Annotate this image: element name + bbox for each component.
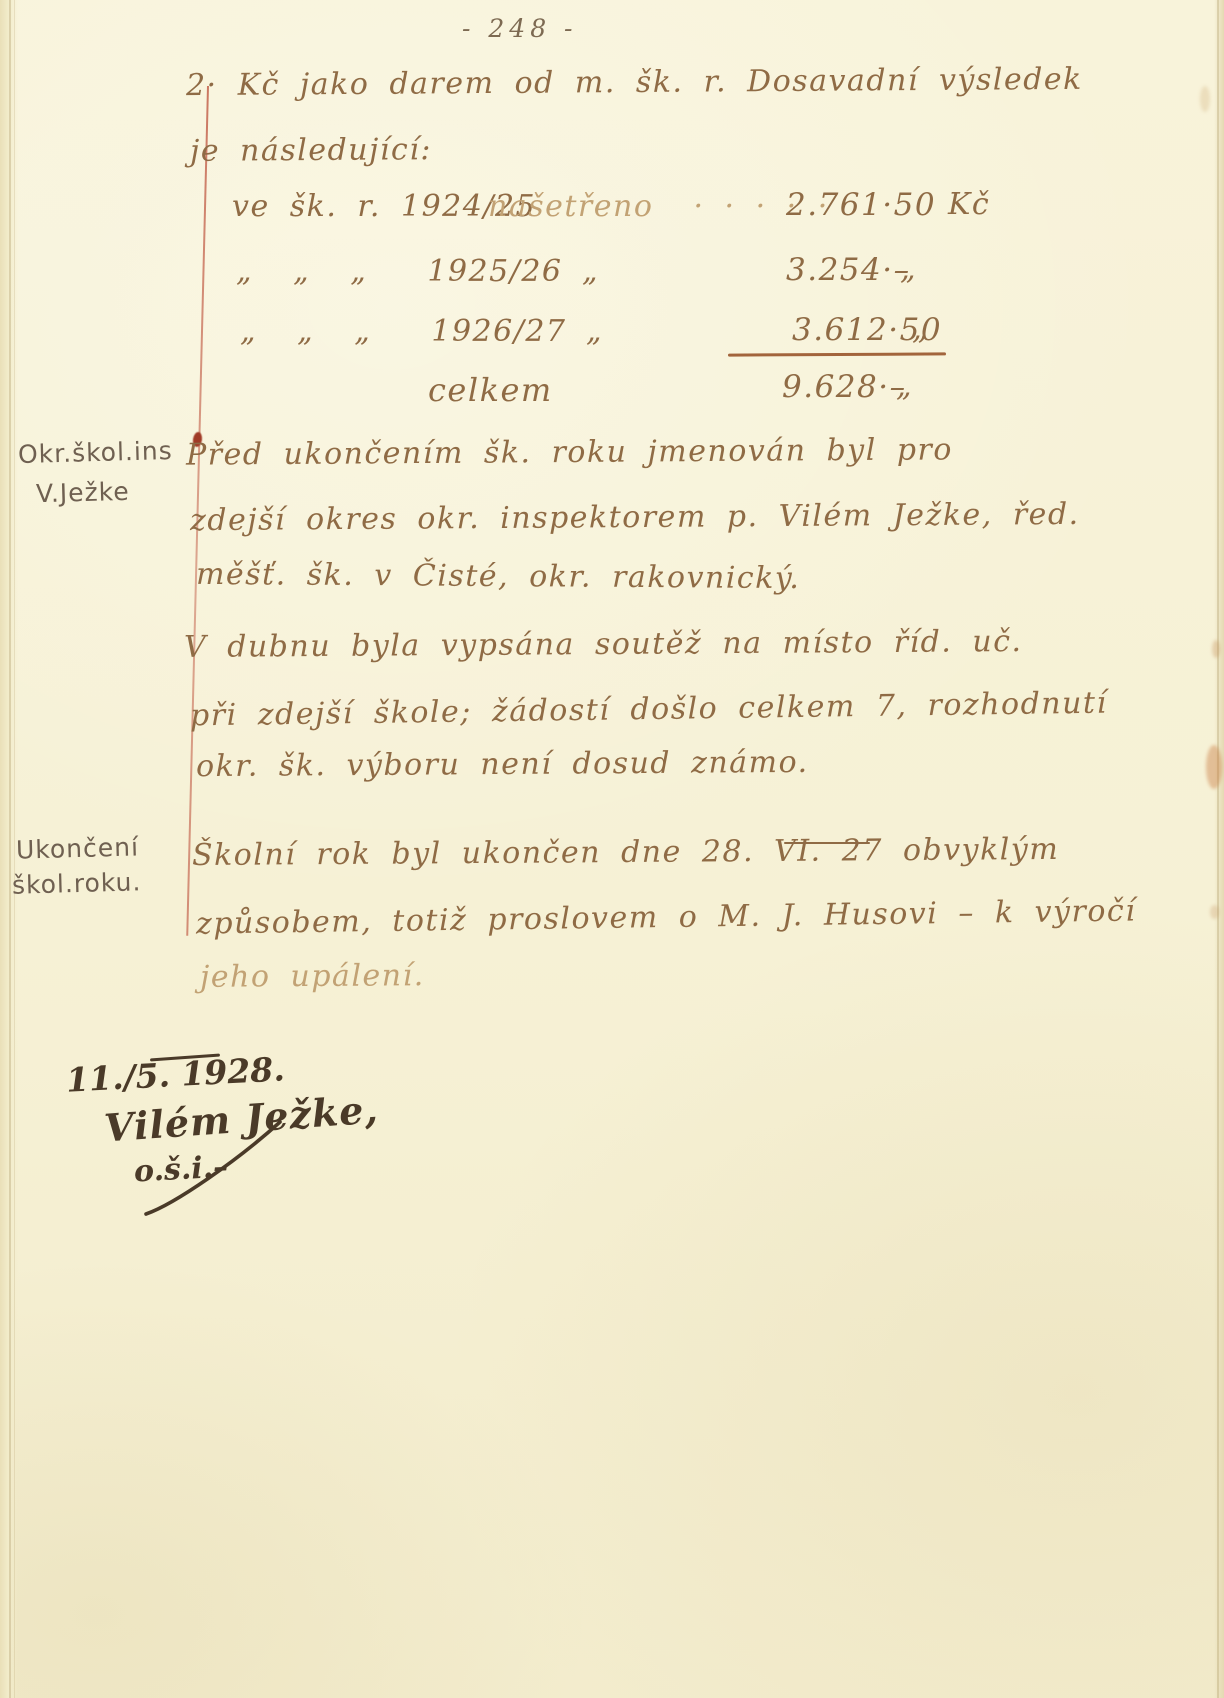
savings-row-value: 3.254·–: [786, 255, 911, 286]
edge-stain: [1200, 86, 1210, 112]
savings-row-label: „ „ „ 1926/27: [240, 317, 567, 347]
scanned-chronicle-page: - 248 - 2· Kč jako darem od m. šk. r. Do…: [0, 0, 1224, 1698]
page-number: - 248 -: [462, 14, 578, 43]
savings-row-note: „: [586, 317, 603, 347]
paragraph-line: V dubnu byla vypsána soutěž na místo říd…: [184, 627, 1023, 663]
paragraph-line: jeho upálení.: [200, 961, 425, 993]
savings-total-unit: „: [896, 372, 913, 402]
paragraph-line: Školní rok byl ukončen dne 28. VI. 27 ob…: [192, 835, 1059, 871]
edge-stain: [1212, 640, 1220, 658]
savings-total-label: celkem: [428, 374, 553, 406]
paragraph-line: při zdejší škole; žádostí došlo celkem 7…: [190, 689, 1108, 732]
savings-row-note: našetřeno · · · · ·: [488, 192, 829, 222]
signature-date: 11./5. 1928.: [65, 1052, 285, 1096]
savings-row-unit: „: [912, 315, 929, 345]
savings-row-label: „ „ „ 1925/26: [236, 257, 563, 287]
savings-total-value: 9.628·–: [782, 372, 907, 403]
paragraph-line: zdejší okres okr. inspektorem p. Vilém J…: [190, 500, 1080, 536]
edge-stain: [1210, 905, 1219, 919]
intro-line-2: je následující:: [190, 135, 432, 167]
edge-stain: [1206, 745, 1222, 789]
signature-flourish: [130, 1116, 300, 1226]
savings-row-note: „: [582, 257, 599, 287]
left-binding-crease: [14, 0, 15, 1698]
right-page-edge: [1214, 0, 1224, 1698]
savings-row-unit: Kč: [948, 190, 990, 220]
margin-note-line: V.Ježke: [36, 479, 130, 506]
left-binding-crease: [9, 0, 11, 1698]
margin-note-line: škol.roku.: [12, 869, 142, 897]
savings-row-unit: „: [900, 255, 917, 285]
savings-row-value: 2.761·50: [786, 190, 936, 221]
right-page-edge-line: [1217, 0, 1219, 1698]
margin-note-line: Okr.škol.ins: [18, 438, 173, 467]
intro-line-1: 2· Kč jako darem od m. šk. r. Dosavadní …: [186, 65, 1083, 101]
sum-underline: [728, 352, 946, 356]
margin-note-line: Ukončení: [16, 834, 140, 862]
overline-mark: [784, 842, 870, 844]
paragraph-line: okr. šk. výboru není dosud známo.: [196, 748, 809, 782]
paragraph-line: Před ukončením šk. roku jmenován byl pro: [186, 435, 953, 470]
paragraph-line: měšť. šk. v Čisté, okr. rakovnický.: [196, 560, 801, 594]
paragraph-line: způsobem, totiž proslovem o M. J. Husovi…: [196, 896, 1137, 939]
